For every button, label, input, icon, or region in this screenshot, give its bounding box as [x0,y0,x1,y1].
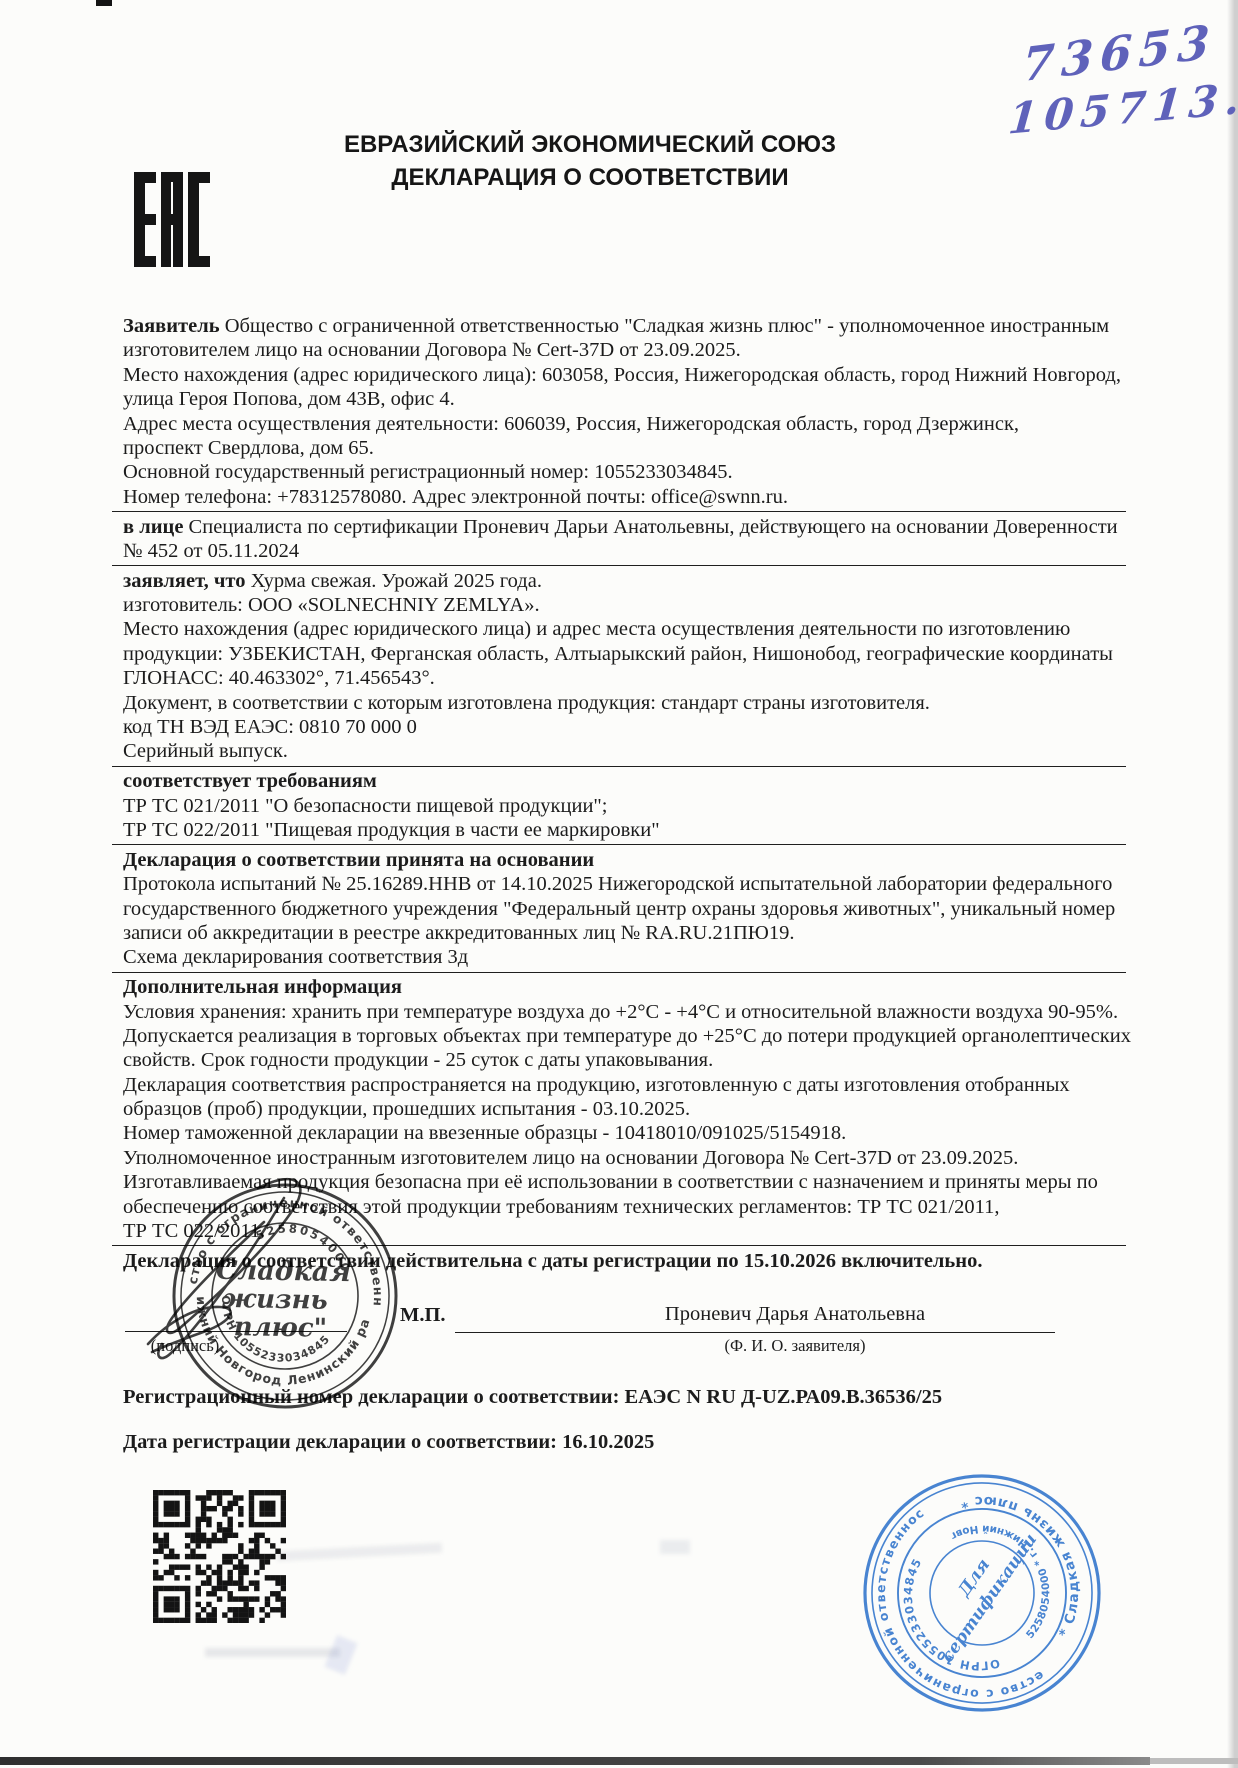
declaration-page: 73653 105713. ЕВРАЗИЙСКИЙ ЭКОНОМИЧЕСКИЙ … [0,0,1238,1768]
